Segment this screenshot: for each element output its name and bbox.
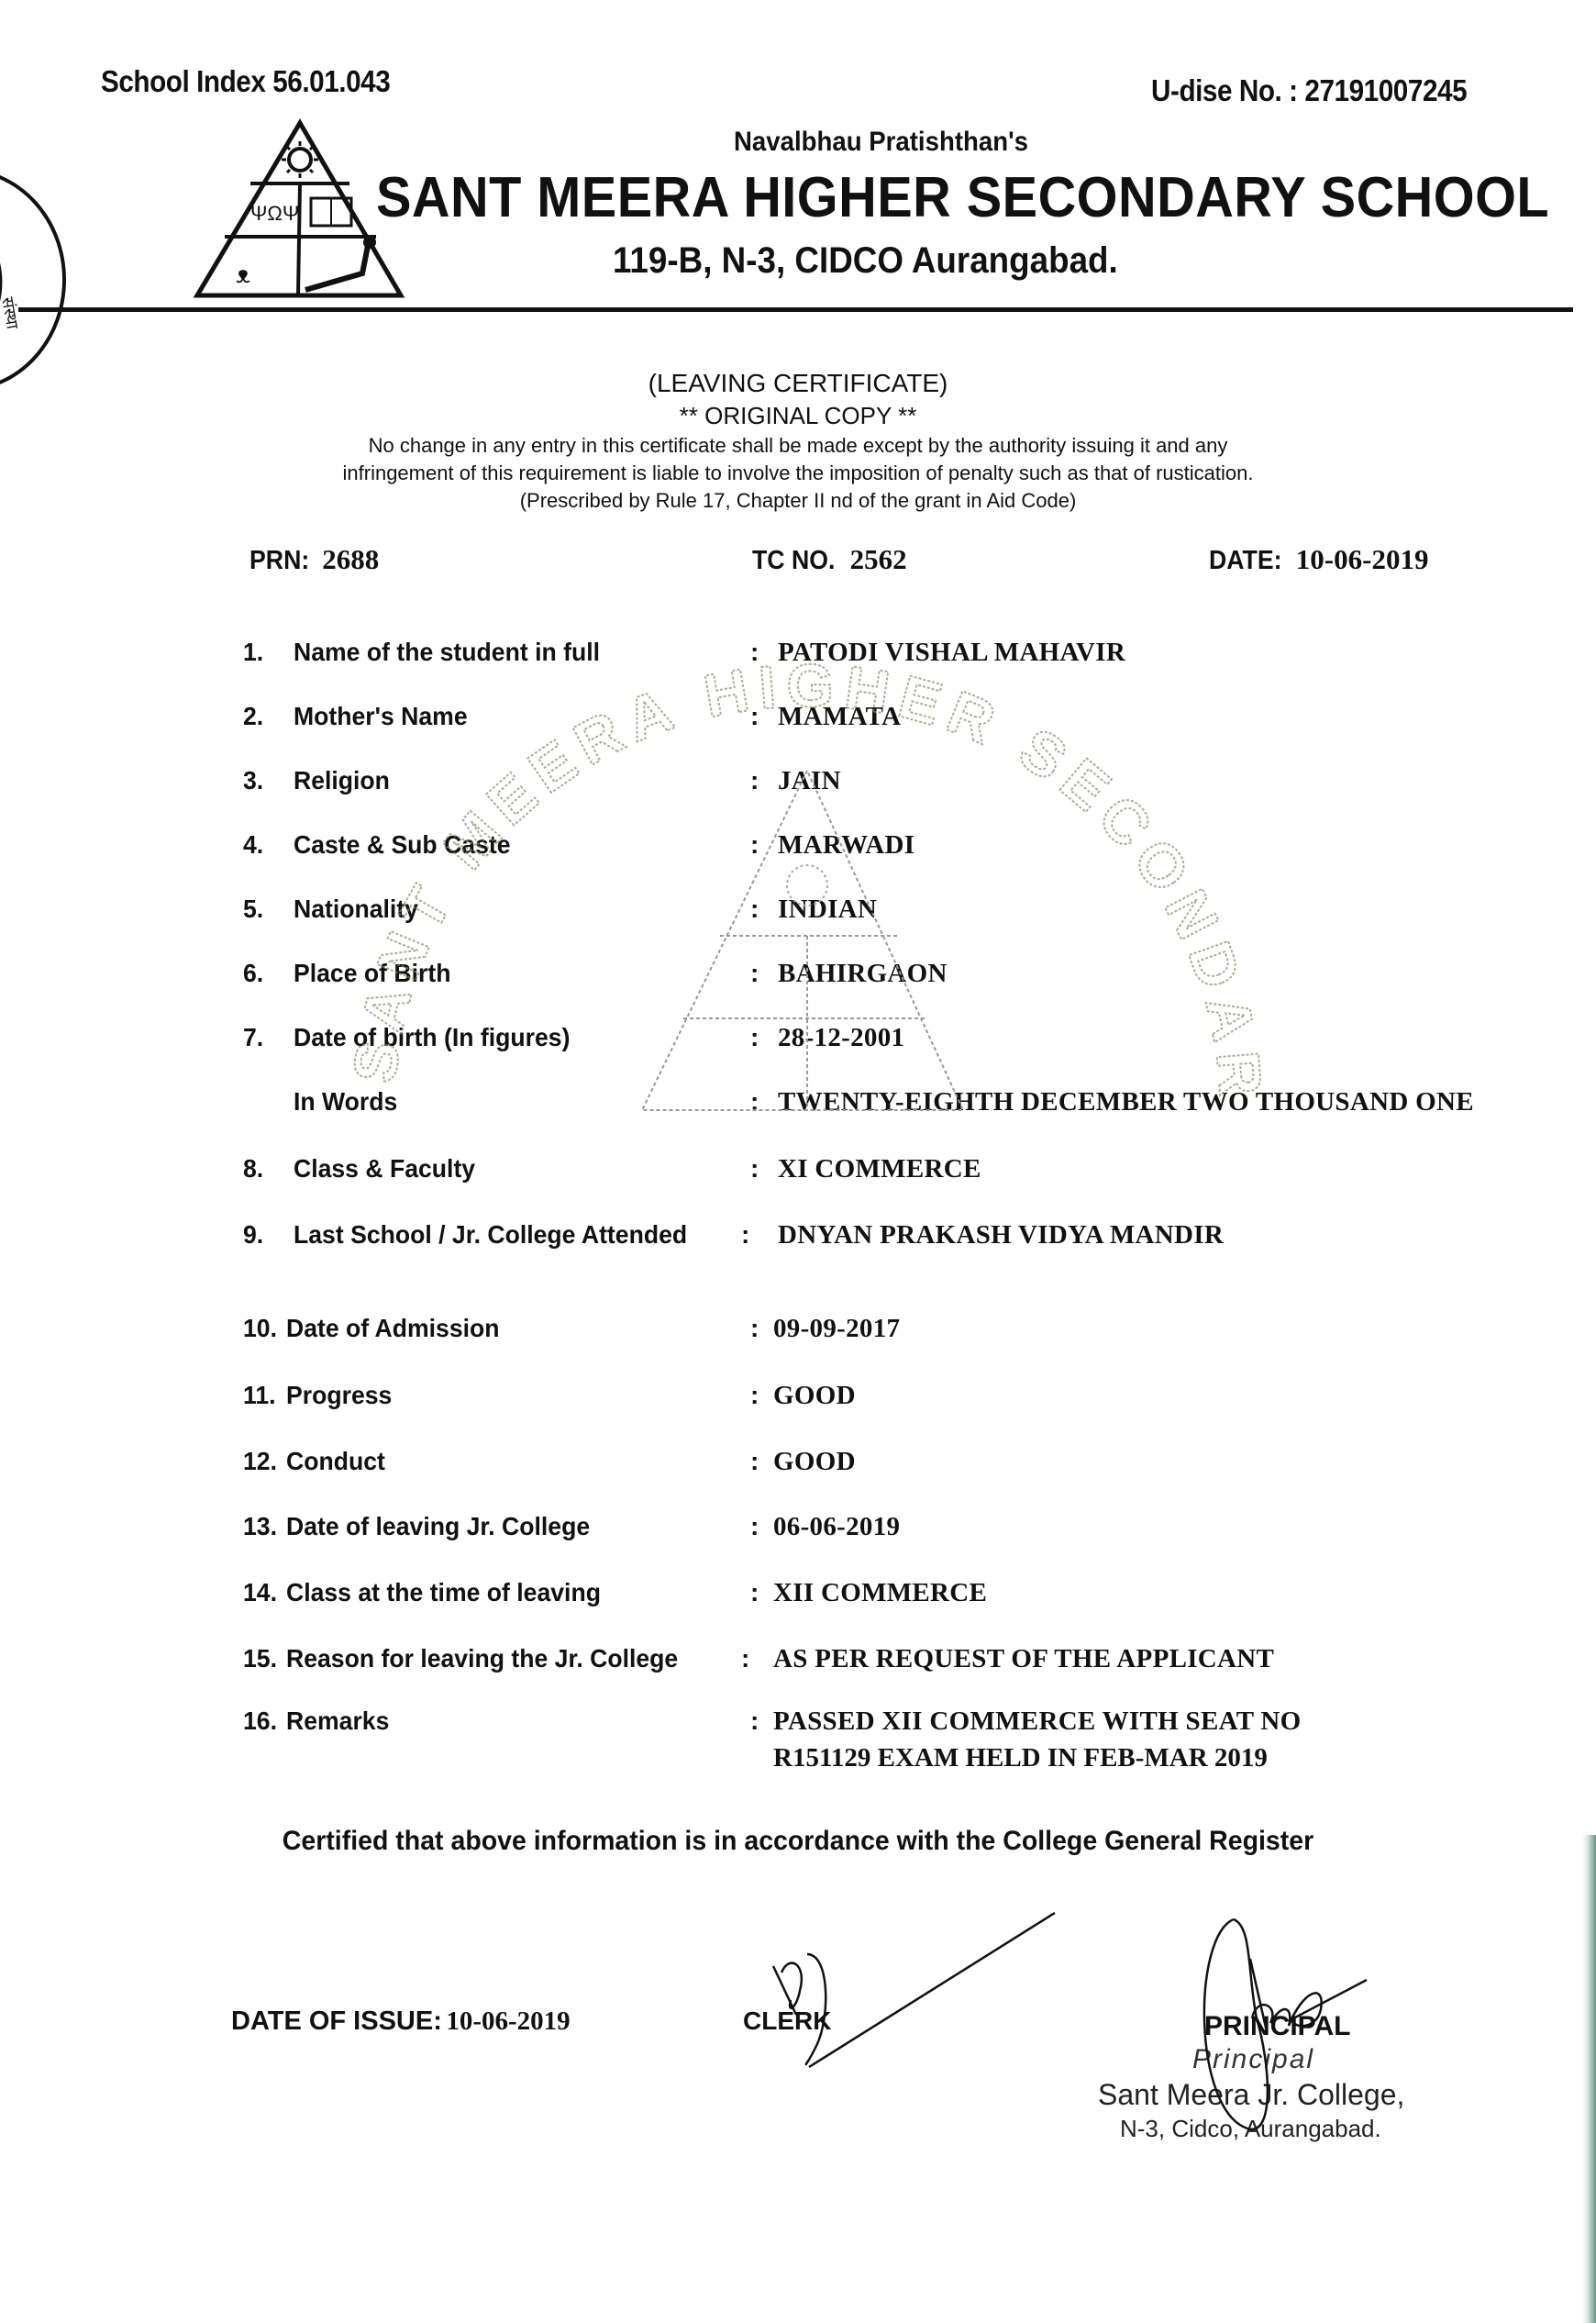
- notice-line: infringement of this requirement is liab…: [0, 461, 1596, 485]
- field-label: Religion: [294, 766, 390, 795]
- tc-number: TC NO. 2562: [752, 543, 907, 576]
- field-row: 1.Name of the student in full:PATODI VIS…: [0, 638, 1596, 674]
- field-label: Remarks: [286, 1706, 389, 1736]
- field-row: 6.Place of Birth:BAHIRGAON: [0, 959, 1596, 995]
- field-label: Name of the student in full: [294, 638, 600, 667]
- field-separator: :: [750, 702, 759, 731]
- copy-type: ** ORIGINAL COPY **: [0, 402, 1596, 430]
- field-number: 1.: [243, 638, 263, 667]
- clerk-signature-icon: [773, 1913, 1055, 2067]
- field-label: Place of Birth: [294, 959, 450, 988]
- stamp-title: Principal: [1192, 2044, 1314, 2075]
- header-divider: [18, 307, 1573, 312]
- field-number: 10.: [243, 1314, 277, 1343]
- field-row: 15.Reason for leaving the Jr. College:AS…: [0, 1644, 1596, 1681]
- field-row: 7.Date of birth (In figures):28-12-2001: [0, 1023, 1596, 1060]
- tc-value: 2562: [850, 543, 907, 575]
- prn: PRN: 2688: [249, 543, 379, 576]
- field-row: 5.Nationality:INDIAN: [0, 895, 1596, 931]
- certificate-date: DATE: 10-06-2019: [1209, 543, 1428, 576]
- field-number: 14.: [243, 1578, 277, 1607]
- field-value: MARWADI: [778, 830, 914, 861]
- field-label: Last School / Jr. College Attended: [294, 1220, 687, 1250]
- pyramid-emblem-icon: ΨΩΨ ᴥ: [188, 117, 408, 301]
- school-index: School Index 56.01.043: [101, 64, 390, 99]
- field-value: XII COMMERCE: [773, 1578, 987, 1608]
- field-separator: :: [750, 1154, 759, 1184]
- field-row: 4.Caste & Sub Caste:MARWADI: [0, 830, 1596, 867]
- field-separator: :: [750, 959, 759, 988]
- field-label: Caste & Sub Caste: [294, 830, 511, 860]
- field-value: PASSED XII COMMERCE WITH SEAT NO: [773, 1706, 1301, 1737]
- field-label: Reason for leaving the Jr. College: [286, 1644, 678, 1673]
- field-value: AS PER REQUEST OF THE APPLICANT: [773, 1644, 1274, 1674]
- field-label: In Words: [294, 1087, 397, 1117]
- field-row: 2.Mother's Name:MAMATA: [0, 702, 1596, 739]
- field-row: 8.Class & Faculty:XI COMMERCE: [0, 1154, 1596, 1191]
- field-label: Conduct: [286, 1447, 385, 1476]
- field-separator: :: [741, 1220, 749, 1250]
- svg-text:ΨΩΨ: ΨΩΨ: [250, 202, 299, 225]
- field-separator: :: [750, 1578, 759, 1607]
- partial-round-stamp-icon: संस्था: [0, 161, 73, 399]
- tc-label: TC NO.: [752, 546, 835, 576]
- notice-line: (Prescribed by Rule 17, Chapter II nd of…: [0, 489, 1596, 513]
- field-number: 12.: [243, 1447, 277, 1476]
- date-of-issue: DATE OF ISSUE: 10-06-2019: [231, 2006, 571, 2037]
- field-number: 13.: [243, 1512, 277, 1541]
- field-label: Class at the time of leaving: [286, 1578, 601, 1607]
- field-separator: :: [750, 1447, 759, 1476]
- principal-label: PRINCIPAL: [1204, 2011, 1350, 2042]
- field-value: TWENTY-EIGHTH DECEMBER TWO THOUSAND ONE: [778, 1087, 1474, 1117]
- field-separator: :: [741, 1644, 749, 1673]
- field-value: DNYAN PRAKASH VIDYA MANDIR: [778, 1220, 1224, 1250]
- stamp-address: N-3, Cidco, Aurangabad.: [1120, 2115, 1381, 2143]
- field-separator: :: [750, 1512, 759, 1541]
- field-number: 8.: [243, 1154, 263, 1184]
- svg-text:संस्था: संस्था: [0, 295, 22, 330]
- field-value: 06-06-2019: [773, 1512, 900, 1542]
- field-separator: :: [750, 638, 759, 667]
- field-value: XI COMMERCE: [778, 1154, 981, 1184]
- date-value: 10-06-2019: [1296, 543, 1429, 575]
- field-row: 13.Date of leaving Jr. College:06-06-201…: [0, 1512, 1596, 1549]
- field-row: 3.Religion:JAIN: [0, 766, 1596, 803]
- field-label: Progress: [286, 1381, 392, 1410]
- field-separator: :: [750, 1023, 759, 1052]
- field-value: JAIN: [778, 766, 841, 796]
- field-number: 11.: [243, 1381, 276, 1410]
- trust-name: Navalbhau Pratishthan's: [734, 127, 1028, 158]
- field-row: 12.Conduct:GOOD: [0, 1447, 1596, 1484]
- field-value: 28-12-2001: [778, 1023, 904, 1053]
- field-number: 6.: [243, 959, 263, 988]
- field-value: 09-09-2017: [773, 1314, 900, 1344]
- prn-value: 2688: [322, 543, 379, 575]
- field-number: 3.: [243, 766, 263, 795]
- field-label: Date of leaving Jr. College: [286, 1512, 590, 1541]
- certificate-title: (LEAVING CERTIFICATE): [0, 369, 1596, 398]
- field-number: 15.: [243, 1644, 277, 1673]
- certification-statement: Certified that above information is in a…: [40, 1826, 1557, 1857]
- field-row: 10.Date of Admission:09-09-2017: [0, 1314, 1596, 1350]
- field-separator: :: [750, 1087, 759, 1117]
- field-value: BAHIRGAON: [778, 959, 948, 989]
- field-row: 16.Remarks:PASSED XII COMMERCE WITH SEAT…: [0, 1706, 1596, 1743]
- field-number: 7.: [243, 1023, 263, 1052]
- prn-label: PRN:: [249, 546, 309, 576]
- udise-number: U-dise No. : 27191007245: [1151, 73, 1467, 108]
- svg-text:ᴥ: ᴥ: [236, 261, 250, 288]
- field-separator: :: [750, 1314, 759, 1343]
- field-label: Date of birth (In figures): [294, 1023, 570, 1052]
- school-name: SANT MEERA HIGHER SECONDARY SCHOOL: [376, 165, 1549, 230]
- field-separator: :: [750, 895, 759, 924]
- field-row: 14.Class at the time of leaving:XII COMM…: [0, 1578, 1596, 1615]
- field-row: 9.Last School / Jr. College Attended:DNY…: [0, 1220, 1596, 1257]
- issue-value: 10-06-2019: [446, 2006, 570, 2036]
- field-separator: :: [750, 1381, 759, 1410]
- field-label: Class & Faculty: [294, 1154, 475, 1184]
- scan-edge: [1582, 1835, 1596, 2323]
- date-label: DATE:: [1209, 546, 1282, 576]
- field-value: GOOD: [773, 1381, 856, 1411]
- field-value: INDIAN: [778, 895, 877, 925]
- field-number: 4.: [243, 830, 263, 860]
- field-label: Date of Admission: [286, 1314, 500, 1343]
- field-number: 9.: [243, 1220, 263, 1250]
- stamp-college: Sant Meera Jr. College,: [1098, 2078, 1404, 2112]
- field-row: In Words:TWENTY-EIGHTH DECEMBER TWO THOU…: [0, 1087, 1596, 1124]
- field-separator: :: [750, 1706, 759, 1736]
- field-value: MAMATA: [778, 702, 901, 732]
- field-separator: :: [750, 766, 759, 795]
- field-value-line2: R151129 EXAM HELD IN FEB-MAR 2019: [773, 1743, 1268, 1773]
- notice-line: No change in any entry in this certifica…: [0, 434, 1596, 458]
- field-number: 2.: [243, 702, 263, 731]
- field-label: Mother's Name: [294, 702, 468, 731]
- field-number: 16.: [243, 1706, 277, 1736]
- field-value: PATODI VISHAL MAHAVIR: [778, 638, 1125, 668]
- field-row: 11.Progress:GOOD: [0, 1381, 1596, 1417]
- issue-label: DATE OF ISSUE:: [231, 2006, 442, 2036]
- field-value: GOOD: [773, 1447, 856, 1477]
- clerk-label: CLERK: [743, 2006, 831, 2036]
- school-address: 119-B, N-3, CIDCO Aurangabad.: [613, 240, 1118, 282]
- field-label: Nationality: [294, 895, 418, 924]
- field-number: 5.: [243, 895, 263, 924]
- field-separator: :: [750, 830, 759, 860]
